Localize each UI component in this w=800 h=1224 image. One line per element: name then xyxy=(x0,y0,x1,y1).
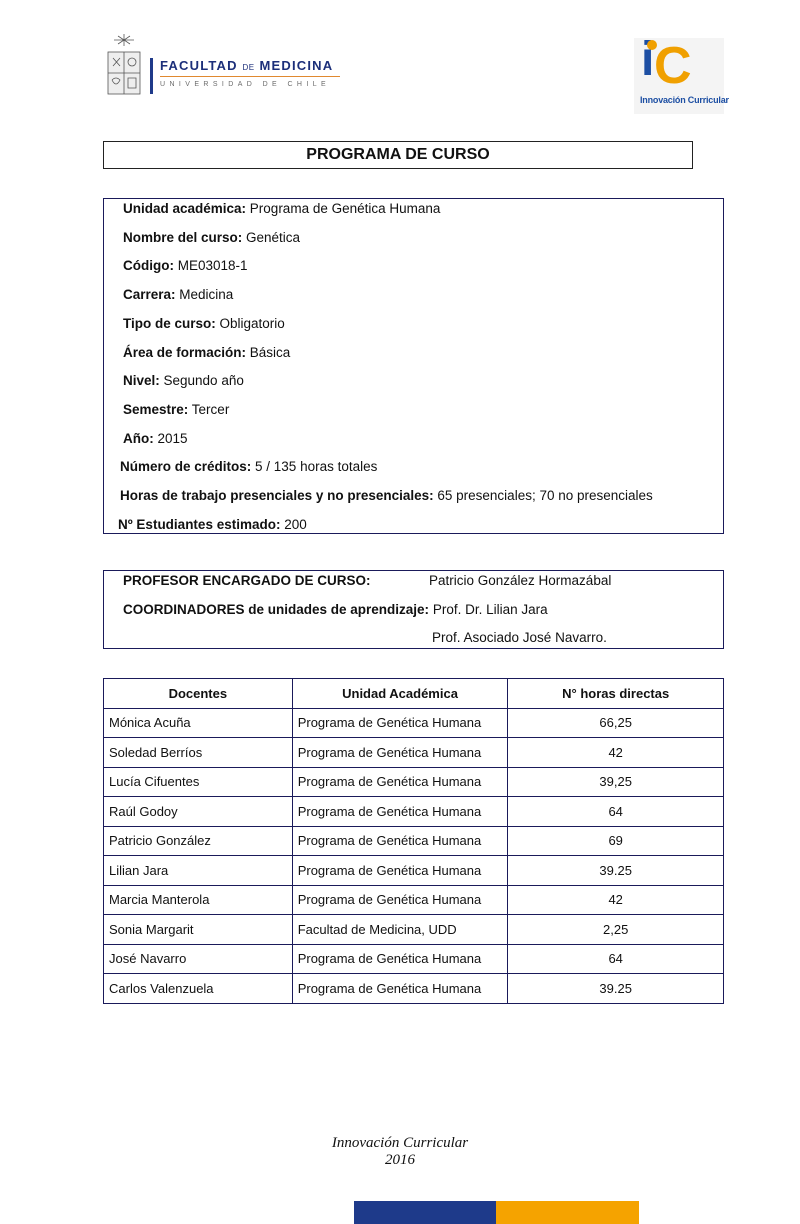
course-info-label: Área de formación: xyxy=(123,345,246,360)
docente-name: Marcia Manterola xyxy=(104,885,293,915)
course-info-label: Semestre: xyxy=(123,402,188,417)
course-info-label: Número de créditos: xyxy=(120,459,251,474)
course-info-label: Carrera: xyxy=(123,287,176,302)
course-info-box: Unidad académica: Programa de Genética H… xyxy=(103,198,724,534)
faculty-logo-title: FACULTAD DE MEDICINA xyxy=(160,58,333,73)
course-info-label: Año: xyxy=(123,431,154,446)
header-docentes: Docentes xyxy=(104,679,293,709)
logo-divider xyxy=(150,58,153,94)
page-title: PROGRAMA DE CURSO xyxy=(306,146,489,163)
profesor-label: PROFESOR ENCARGADO DE CURSO: xyxy=(123,573,371,588)
docente-name: Patricio González xyxy=(104,826,293,856)
table-row: Carlos ValenzuelaPrograma de Genética Hu… xyxy=(104,974,724,1004)
docente-name: Lilian Jara xyxy=(104,856,293,886)
footer-year: 2016 xyxy=(0,1152,800,1169)
course-info-value: Obligatorio xyxy=(216,316,285,331)
unidad-academica: Programa de Genética Humana xyxy=(292,708,508,738)
course-info-line: Área de formación: Básica xyxy=(123,345,290,360)
unidad-academica: Programa de Genética Humana xyxy=(292,885,508,915)
docente-name: Carlos Valenzuela xyxy=(104,974,293,1004)
course-info-value: Programa de Genética Humana xyxy=(246,201,440,216)
docente-name: Sonia Margarit xyxy=(104,915,293,945)
horas-directas: 64 xyxy=(508,944,724,974)
docente-name: Mónica Acuña xyxy=(104,708,293,738)
table-row: Lucía CifuentesPrograma de Genética Huma… xyxy=(104,767,724,797)
ic-logo-caption: Innovación Curricular xyxy=(640,95,729,105)
course-info-label: Código: xyxy=(123,258,174,273)
course-info-value: 200 xyxy=(280,517,306,532)
course-info-label: Nº Estudiantes estimado: xyxy=(118,517,280,532)
page-title-box: PROGRAMA DE CURSO xyxy=(103,141,693,169)
course-info-value: 65 presenciales; 70 no presenciales xyxy=(434,488,653,503)
docente-name: Raúl Godoy xyxy=(104,797,293,827)
horas-directas: 39.25 xyxy=(508,856,724,886)
profesor-value: Patricio González Hormazábal xyxy=(429,573,611,588)
ic-logo-c: C xyxy=(654,40,692,92)
course-info-line: Carrera: Medicina xyxy=(123,287,233,302)
course-info-line: Nombre del curso: Genética xyxy=(123,230,300,245)
course-info-label: Unidad académica: xyxy=(123,201,246,216)
footer-bar-blue xyxy=(354,1201,496,1224)
course-info-label: Tipo de curso: xyxy=(123,316,216,331)
faculty-logo-subtitle: UNIVERSIDAD DE CHILE xyxy=(160,81,330,88)
horas-directas: 39,25 xyxy=(508,767,724,797)
unidad-academica: Facultad de Medicina, UDD xyxy=(292,915,508,945)
unidad-academica: Programa de Genética Humana xyxy=(292,738,508,768)
course-info-value: Segundo año xyxy=(160,373,244,388)
course-info-line: Nivel: Segundo año xyxy=(123,373,244,388)
footer-bar-orange xyxy=(496,1201,639,1224)
course-info-label: Nivel: xyxy=(123,373,160,388)
logo-rule xyxy=(160,76,340,77)
table-header-row: Docentes Unidad Académica N° horas direc… xyxy=(104,679,724,709)
course-info-value: 2015 xyxy=(154,431,188,446)
unidad-academica: Programa de Genética Humana xyxy=(292,797,508,827)
horas-directas: 69 xyxy=(508,826,724,856)
horas-directas: 39.25 xyxy=(508,974,724,1004)
table-row: Patricio GonzálezPrograma de Genética Hu… xyxy=(104,826,724,856)
unidad-academica: Programa de Genética Humana xyxy=(292,826,508,856)
coordinadores-label: COORDINADORES de unidades de aprendizaje… xyxy=(123,602,429,617)
course-info-line: Semestre: Tercer xyxy=(123,402,229,417)
table-row: Mónica AcuñaPrograma de Genética Humana6… xyxy=(104,708,724,738)
course-info-line: Número de créditos: 5 / 135 horas totale… xyxy=(120,459,377,474)
table-row: Soledad BerríosPrograma de Genética Huma… xyxy=(104,738,724,768)
course-info-value: Tercer xyxy=(188,402,229,417)
course-info-value: Medicina xyxy=(176,287,234,302)
university-crest-icon xyxy=(104,32,144,102)
coordinador-2: Prof. Asociado José Navarro. xyxy=(432,630,607,645)
docente-name: Soledad Berríos xyxy=(104,738,293,768)
docente-name: José Navarro xyxy=(104,944,293,974)
horas-directas: 2,25 xyxy=(508,915,724,945)
table-row: Sonia MargaritFacultad de Medicina, UDD2… xyxy=(104,915,724,945)
table-row: Marcia ManterolaPrograma de Genética Hum… xyxy=(104,885,724,915)
course-info-line: Horas de trabajo presenciales y no prese… xyxy=(120,488,653,503)
horas-directas: 42 xyxy=(508,738,724,768)
course-info-label: Horas de trabajo presenciales y no prese… xyxy=(120,488,434,503)
unidad-academica: Programa de Genética Humana xyxy=(292,856,508,886)
header-unidad: Unidad Académica xyxy=(292,679,508,709)
docente-name: Lucía Cifuentes xyxy=(104,767,293,797)
table-row: Lilian JaraPrograma de Genética Humana39… xyxy=(104,856,724,886)
course-info-line: Código: ME03018-1 xyxy=(123,258,248,273)
course-info-value: Básica xyxy=(246,345,290,360)
course-info-line: Nº Estudiantes estimado: 200 xyxy=(118,517,307,532)
course-info-value: Genética xyxy=(242,230,300,245)
course-info-line: Unidad académica: Programa de Genética H… xyxy=(123,201,440,216)
table-row: Raúl GodoyPrograma de Genética Humana64 xyxy=(104,797,724,827)
unidad-academica: Programa de Genética Humana xyxy=(292,767,508,797)
course-info-line: Tipo de curso: Obligatorio xyxy=(123,316,285,331)
unidad-academica: Programa de Genética Humana xyxy=(292,974,508,1004)
course-info-line: Año: 2015 xyxy=(123,431,188,446)
unidad-academica: Programa de Genética Humana xyxy=(292,944,508,974)
staff-box: PROFESOR ENCARGADO DE CURSO: Patricio Go… xyxy=(103,570,724,649)
profesor-encargado: PROFESOR ENCARGADO DE CURSO: xyxy=(123,573,371,588)
course-info-label: Nombre del curso: xyxy=(123,230,242,245)
header-horas: N° horas directas xyxy=(508,679,724,709)
coordinador-1: Prof. Dr. Lilian Jara xyxy=(433,602,548,617)
footer-line1: Innovación Curricular xyxy=(0,1135,800,1152)
horas-directas: 66,25 xyxy=(508,708,724,738)
table-row: José NavarroPrograma de Genética Humana6… xyxy=(104,944,724,974)
horas-directas: 42 xyxy=(508,885,724,915)
course-info-value: 5 / 135 horas totales xyxy=(251,459,377,474)
docentes-table: Docentes Unidad Académica N° horas direc… xyxy=(103,678,724,1004)
coordinadores: COORDINADORES de unidades de aprendizaje… xyxy=(123,602,548,617)
horas-directas: 64 xyxy=(508,797,724,827)
course-info-value: ME03018-1 xyxy=(174,258,248,273)
footer: Innovación Curricular 2016 xyxy=(0,1135,800,1169)
